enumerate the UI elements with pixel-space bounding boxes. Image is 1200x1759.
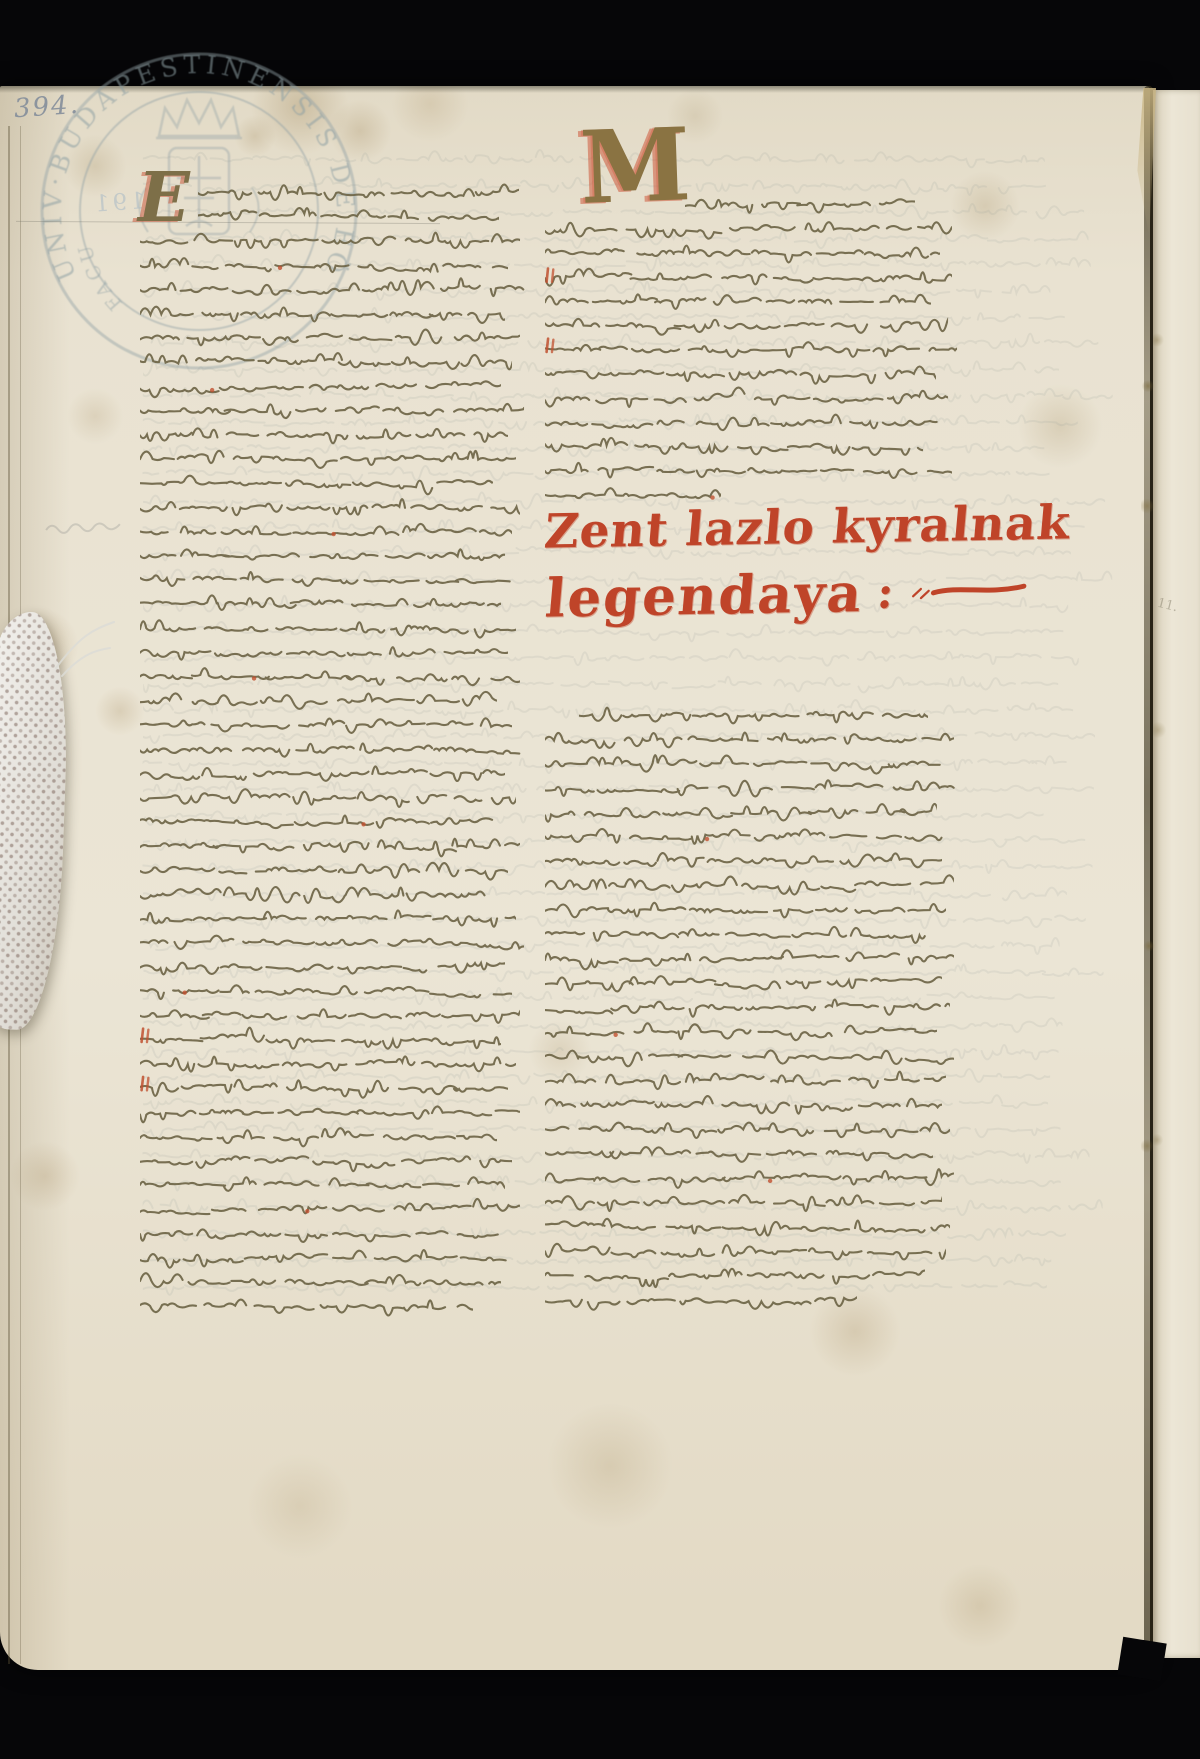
heading-line-1: Zent lazlo kyralnak: [542, 495, 1073, 559]
fore-edge-note: 11.: [1155, 596, 1179, 616]
rubric-heading: Zent lazlo kyralnak legendaya :: [544, 495, 1072, 629]
drop-cap-letter: E: [138, 164, 190, 232]
bottom-corner-shadow: [1117, 1637, 1166, 1681]
heading-line-2: legendaya: [543, 562, 866, 630]
handwriting-line: [140, 1290, 473, 1325]
heading-flourish-dash: [909, 580, 1029, 602]
page-seam: [1144, 86, 1153, 1662]
folio-page-number: 394.: [13, 90, 81, 125]
chapter-initial-letter: M: [578, 114, 692, 218]
manuscript-page: UNIV·BUDAPESTINENSIS DE EÖTVÖS FACUL 394…: [0, 86, 1150, 1670]
margin-note-pencil: [43, 514, 128, 540]
photo-backdrop: UNIV·BUDAPESTINENSIS DE EÖTVÖS FACUL 394…: [0, 0, 1200, 1759]
next-page-edge: 11.: [1153, 90, 1200, 1658]
heading-punctuation: :: [875, 567, 898, 618]
handwriting-line: [545, 1285, 857, 1317]
glove-fibers: [52, 606, 142, 696]
